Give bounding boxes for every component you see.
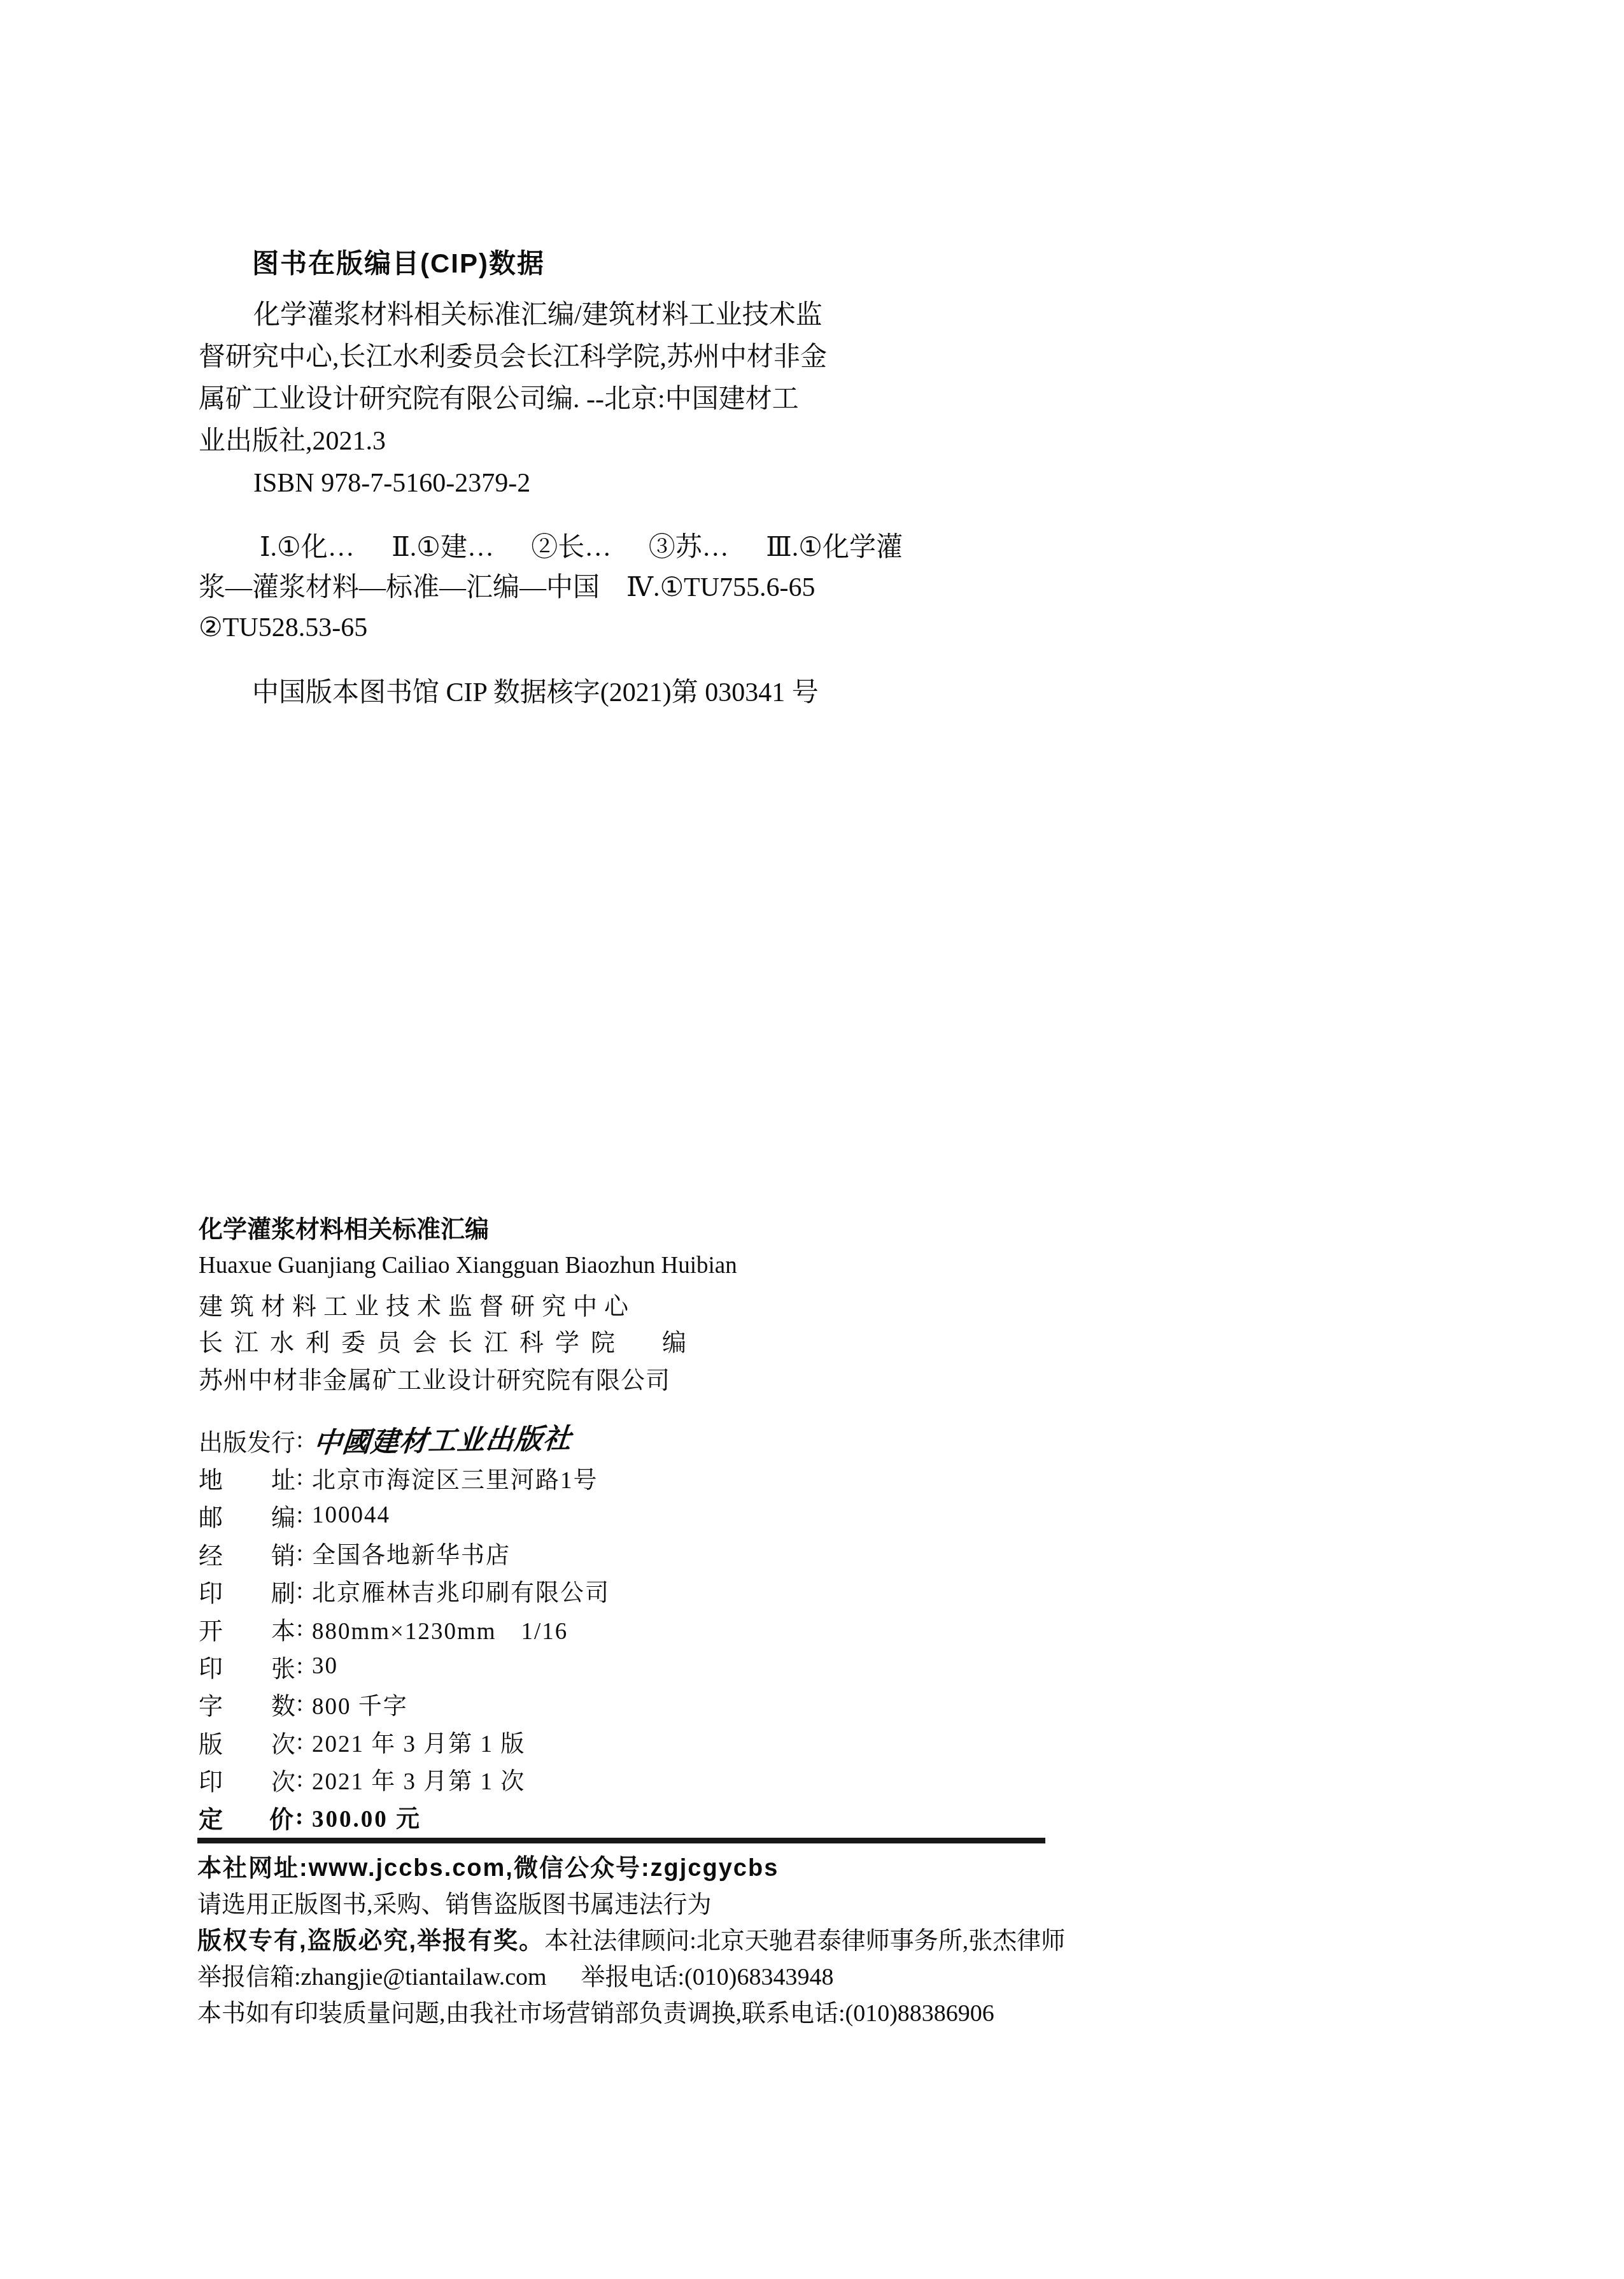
publishing-row-colon: : [295,1690,304,1717]
cip-paragraph-line: 化学灌浆材料相关标准汇编/建筑材料工业技术监 [199,294,899,336]
publishing-label-char: 出 [199,1423,223,1458]
editor-org-3: 苏州中材非金属矿工业设计研究院有限公司 [199,1367,670,1394]
publishing-label-char: 版 [223,1423,247,1458]
publishing-row-colon: : [295,1766,304,1793]
book-title: 化学灌浆材料相关标准汇编 [199,1216,489,1243]
publishing-label-char: 印 [199,1762,223,1797]
publishing-row: 印刷:北京雁林吉兆印刷有限公司 [199,1572,1090,1610]
cip-classification-entry: ③苏… [649,528,729,568]
publishing-row-label: 经销 [199,1536,295,1571]
book-title-pinyin: Huaxue Guanjiang Cailiao Xiangguan Biaoz… [199,1252,737,1280]
report-email: 举报信箱:zhangjie@tiantailaw.com [197,1964,547,1991]
publishing-label-char: 定 [199,1800,225,1835]
publishing-row-label: 版次 [199,1724,295,1759]
cip-classification-row3: ②TU528.53-65 [199,608,905,648]
publishing-label-char: 本 [271,1611,295,1646]
publishing-label-char: 次 [271,1724,295,1759]
rights-line: 版权专有,盗版必究,举报有奖。本社法律顾问:北京天驰君泰律师事务所,张杰律师 [197,1923,1152,1959]
publishing-row-colon: : [295,1502,304,1529]
cip-classification-entry: Ⅰ.①化… [260,528,355,568]
publishing-row: 邮编:100044 [199,1496,1090,1534]
publishing-row-colon: : [295,1652,304,1680]
editor-org-1: 建筑材料工业技术监督研究中心 [199,1293,635,1320]
website-line: 本社网址:www.jccbs.com,微信公众号:zgjcgycbs [197,1850,1152,1887]
publishing-row-colon: : [295,1464,304,1491]
cip-paragraph-line: 属矿工业设计研究院有限公司编. --北京:中国建材工 [199,378,899,420]
cip-classification-row1: Ⅰ.①化…Ⅱ.①建…②长…③苏…Ⅲ.①化学灌 [260,528,903,568]
publishing-row: 经销:全国各地新华书店 [199,1535,1090,1572]
publishing-row-colon: : [295,1540,304,1567]
publishing-info-list: 出版发行:中國建材工业出版社地址:北京市海淀区三里河路1号邮编:100044经销… [199,1421,1090,1836]
publishing-row: 定价:300.00 元 [199,1798,1090,1836]
cip-record-number: 中国版本图书馆 CIP 数据核字(2021)第 030341 号 [252,672,819,714]
publishing-label-char: 经 [199,1536,223,1571]
publishing-row-value: 中國建材工业出版社 [312,1416,574,1461]
publishing-row-colon: : [295,1426,304,1454]
publishing-label-char: 字 [199,1686,223,1721]
publishing-row: 印张:30 [199,1647,1090,1685]
publishing-row-label: 邮编 [199,1498,295,1533]
publishing-label-char: 版 [199,1724,223,1759]
publishing-row: 出版发行:中國建材工业出版社 [199,1421,1090,1459]
publishing-row-label: 印次 [199,1762,295,1797]
cip-section-title: 图书在版编目(CIP)数据 [252,250,545,278]
cip-classification-row2: 浆—灌浆材料—标准—汇编—中国 Ⅳ.①TU755.6-65 [199,568,905,608]
publishing-row: 印次:2021 年 3 月第 1 次 [199,1761,1090,1798]
publishing-label-char: 邮 [199,1498,223,1533]
copyright-page: 图书在版编目(CIP)数据 化学灌浆材料相关标准汇编/建筑材料工业技术监督研究中… [0,0,1624,2279]
publishing-row-label: 地址 [199,1460,295,1495]
publishing-label-char: 数 [271,1686,295,1721]
quality-line: 本书如有印装质量问题,由我社市场营销部负责调换,联系电话:(010)883869… [197,1996,1152,2032]
publishing-label-char: 刷 [271,1573,295,1608]
publishing-row-value: 800 千字 [312,1687,408,1721]
publishing-row-colon: : [295,1803,304,1831]
cip-classification-entry: Ⅲ.①化学灌 [766,528,903,568]
publishing-row-colon: : [295,1728,304,1756]
report-line: 举报信箱:zhangjie@tiantailaw.com举报电话:(010)68… [197,1959,1152,1996]
publishing-row: 地址:北京市海淀区三里河路1号 [199,1459,1090,1496]
report-phone: 举报电话:(010)68343948 [581,1964,834,1991]
publishing-row-value: 北京雁林吉兆印刷有限公司 [312,1573,610,1608]
publishing-row: 版次:2021 年 3 月第 1 版 [199,1723,1090,1761]
publishing-row-value: 100044 [312,1502,390,1529]
publishing-row-label: 印张 [199,1649,295,1684]
publishing-label-char: 地 [199,1460,223,1495]
cip-classification: Ⅰ.①化…Ⅱ.①建…②长…③苏…Ⅲ.①化学灌 浆—灌浆材料—标准—汇编—中国 Ⅳ… [199,528,905,648]
publishing-label-char: 价 [269,1800,295,1835]
cip-classification-entry: ②长… [531,528,611,568]
publishing-label-char: 编 [271,1498,295,1533]
footer-notices: 本社网址:www.jccbs.com,微信公众号:zgjcgycbs 请选用正版… [197,1850,1152,2032]
rights-line-rest: 本社法律顾问:北京天驰君泰律师事务所,张杰律师 [544,1928,1065,1954]
publishing-label-char: 址 [271,1460,295,1495]
publishing-row-colon: : [295,1615,304,1642]
cip-paragraph: 化学灌浆材料相关标准汇编/建筑材料工业技术监督研究中心,长江水利委员会长江科学院… [199,294,899,504]
publishing-row-label: 定价 [199,1800,295,1835]
anti-piracy-line: 请选用正版图书,采购、销售盗版图书属违法行为 [197,1887,1152,1923]
cip-paragraph-line: ISBN 978-7-5160-2379-2 [199,462,899,504]
publishing-row: 字数:800 千字 [199,1685,1090,1722]
publishing-label-char: 发 [247,1423,271,1458]
publishing-row-value: 2021 年 3 月第 1 版 [312,1724,525,1759]
cip-paragraph-line: 业出版社,2021.3 [199,420,899,462]
publishing-label-char: 开 [199,1611,223,1646]
publishing-label-char: 次 [271,1762,295,1797]
publishing-row-label: 印刷 [199,1573,295,1608]
publishing-row-value: 全国各地新华书店 [312,1536,511,1570]
publishing-row: 开本:880mm×1230mm 1/16 [199,1610,1090,1647]
cip-classification-entry: Ⅱ.①建… [392,528,494,568]
publishing-label-char: 印 [199,1649,223,1684]
publishing-row-label: 开本 [199,1611,295,1646]
publishing-row-label: 字数 [199,1686,295,1721]
publishing-row-value: 2021 年 3 月第 1 次 [312,1762,525,1796]
publishing-label-char: 印 [199,1573,223,1608]
publishing-row-value: 300.00 元 [312,1800,421,1834]
cip-paragraph-line: 督研究中心,长江水利委员会长江科学院,苏州中材非金 [199,336,899,378]
publishing-row-value: 30 [312,1652,338,1680]
publishing-row-colon: : [295,1577,304,1605]
publishing-label-char: 销 [271,1536,295,1571]
publishing-label-char: 行 [271,1423,295,1458]
rights-line-bold: 版权专有,盗版必究,举报有奖。 [197,1928,544,1954]
editor-org-2: 长江水利委员会长江科学院 编 [199,1330,698,1356]
publishing-row-label: 出版发行 [199,1423,295,1458]
publishing-label-char: 张 [271,1649,295,1684]
publishing-row-value: 北京市海淀区三里河路1号 [312,1461,598,1495]
divider-rule [197,1838,1045,1843]
publishing-row-value: 880mm×1230mm 1/16 [312,1612,568,1646]
